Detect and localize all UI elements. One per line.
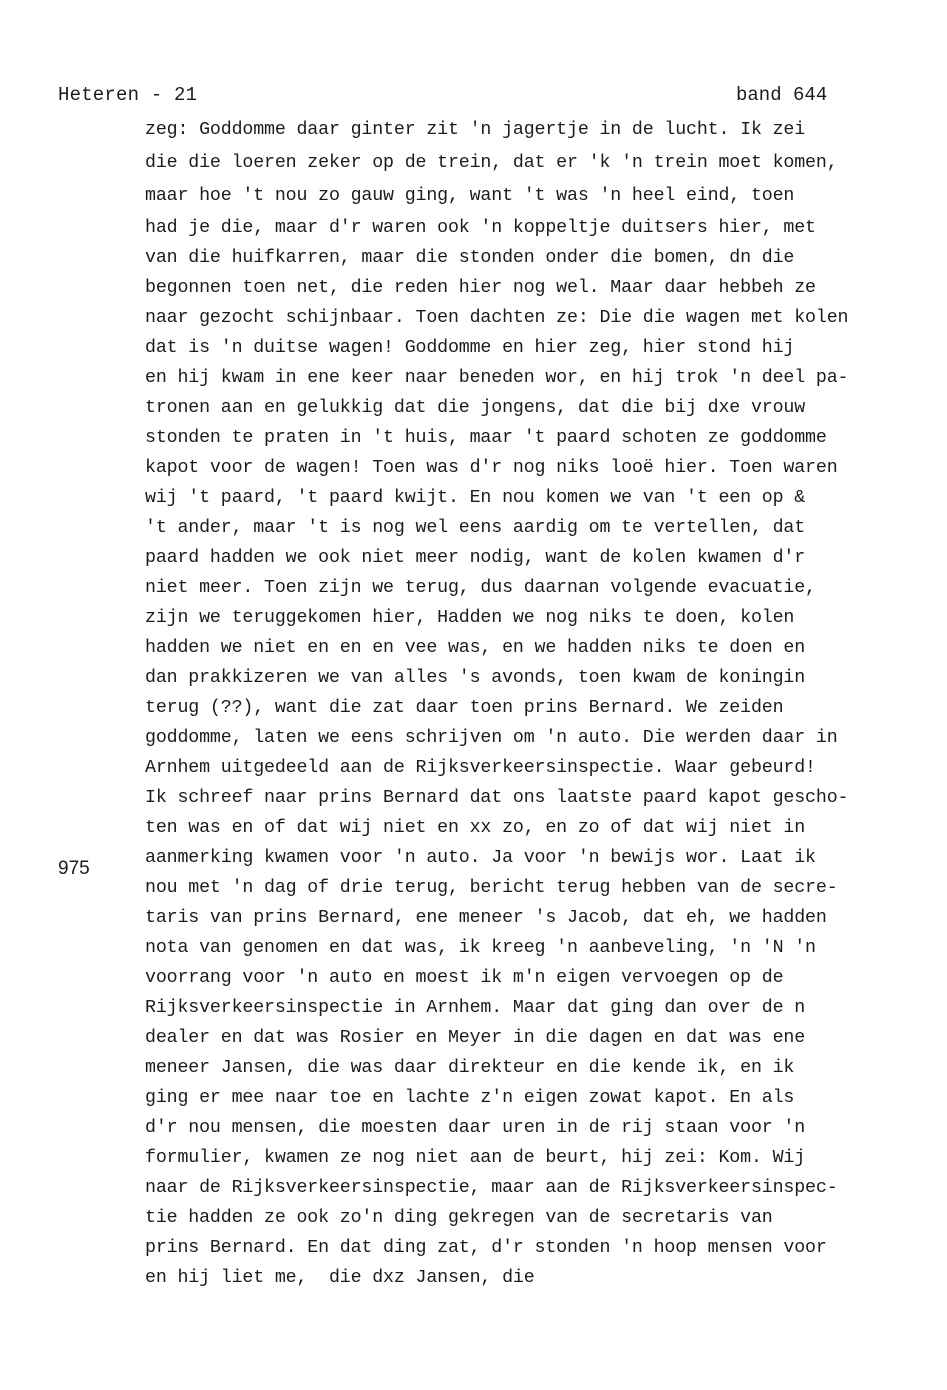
margin-counter: 975 xyxy=(58,858,90,880)
transcript-line: dealer en dat was Rosier en Meyer in die… xyxy=(145,1023,945,1053)
transcript-line: Rijksverkeersinspectie in Arnhem. Maar d… xyxy=(145,993,945,1023)
transcript-line: en hij liet me, die dxz Jansen, die xyxy=(145,1263,945,1293)
transcript-line: formulier, kwamen ze nog niet aan de beu… xyxy=(145,1143,945,1173)
transcript-line: ten was en of dat wij niet en xx zo, en … xyxy=(145,813,945,843)
transcript-line: aanmerking kwamen voor 'n auto. Ja voor … xyxy=(145,843,945,873)
transcript-line: dat is 'n duitse wagen! Goddomme en hier… xyxy=(145,333,945,363)
transcript-line: begonnen toen net, die reden hier nog we… xyxy=(145,273,945,303)
transcript-line: dan prakkizeren we van alles 's avonds, … xyxy=(145,663,945,693)
transcript-line: naar de Rijksverkeersinspectie, maar aan… xyxy=(145,1173,945,1203)
transcript-line: Arnhem uitgedeeld aan de Rijksverkeersin… xyxy=(145,753,945,783)
tape-number: band 644 xyxy=(736,84,827,106)
transcript-line: Ik schreef naar prins Bernard dat ons la… xyxy=(145,783,945,813)
transcript-line: maar hoe 't nou zo gauw ging, want 't wa… xyxy=(145,180,945,213)
transcript-line: ging er mee naar toe en lachte z'n eigen… xyxy=(145,1083,945,1113)
transcript-line: wij 't paard, 't paard kwijt. En nou kom… xyxy=(145,483,945,513)
transcript-line: stonden te praten in 't huis, maar 't pa… xyxy=(145,423,945,453)
transcript-line: terug (??), want die zat daar toen prins… xyxy=(145,693,945,723)
transcript-line: zijn we teruggekomen hier, Hadden we nog… xyxy=(145,603,945,633)
transcript-line: nou met 'n dag of drie terug, bericht te… xyxy=(145,873,945,903)
transcript-body: zeg: Goddomme daar ginter zit 'n jagertj… xyxy=(145,114,945,1293)
transcript-line: naar gezocht schijnbaar. Toen dachten ze… xyxy=(145,303,945,333)
transcript-line: paard hadden we ook niet meer nodig, wan… xyxy=(145,543,945,573)
transcript-page: Heteren - 21 band 644 975 zeg: Goddomme … xyxy=(0,0,947,1390)
page-header-title: Heteren - 21 xyxy=(58,84,197,106)
transcript-line: kapot voor de wagen! Toen was d'r nog ni… xyxy=(145,453,945,483)
transcript-line: prins Bernard. En dat ding zat, d'r ston… xyxy=(145,1233,945,1263)
transcript-line: voorrang voor 'n auto en moest ik m'n ei… xyxy=(145,963,945,993)
transcript-line: taris van prins Bernard, ene meneer 's J… xyxy=(145,903,945,933)
transcript-line: had je die, maar d'r waren ook 'n koppel… xyxy=(145,213,945,243)
transcript-line: en hij kwam in ene keer naar beneden wor… xyxy=(145,363,945,393)
transcript-line: die die loeren zeker op de trein, dat er… xyxy=(145,147,945,180)
transcript-line: niet meer. Toen zijn we terug, dus daarn… xyxy=(145,573,945,603)
transcript-line: 't ander, maar 't is nog wel eens aardig… xyxy=(145,513,945,543)
transcript-line: goddomme, laten we eens schrijven om 'n … xyxy=(145,723,945,753)
transcript-line: van die huifkarren, maar die stonden ond… xyxy=(145,243,945,273)
transcript-line: tronen aan en gelukkig dat die jongens, … xyxy=(145,393,945,423)
transcript-line: meneer Jansen, die was daar direkteur en… xyxy=(145,1053,945,1083)
transcript-line: zeg: Goddomme daar ginter zit 'n jagertj… xyxy=(145,114,945,147)
transcript-line: d'r nou mensen, die moesten daar uren in… xyxy=(145,1113,945,1143)
transcript-line: hadden we niet en en en vee was, en we h… xyxy=(145,633,945,663)
transcript-line: nota van genomen en dat was, ik kreeg 'n… xyxy=(145,933,945,963)
transcript-line: tie hadden ze ook zo'n ding gekregen van… xyxy=(145,1203,945,1233)
